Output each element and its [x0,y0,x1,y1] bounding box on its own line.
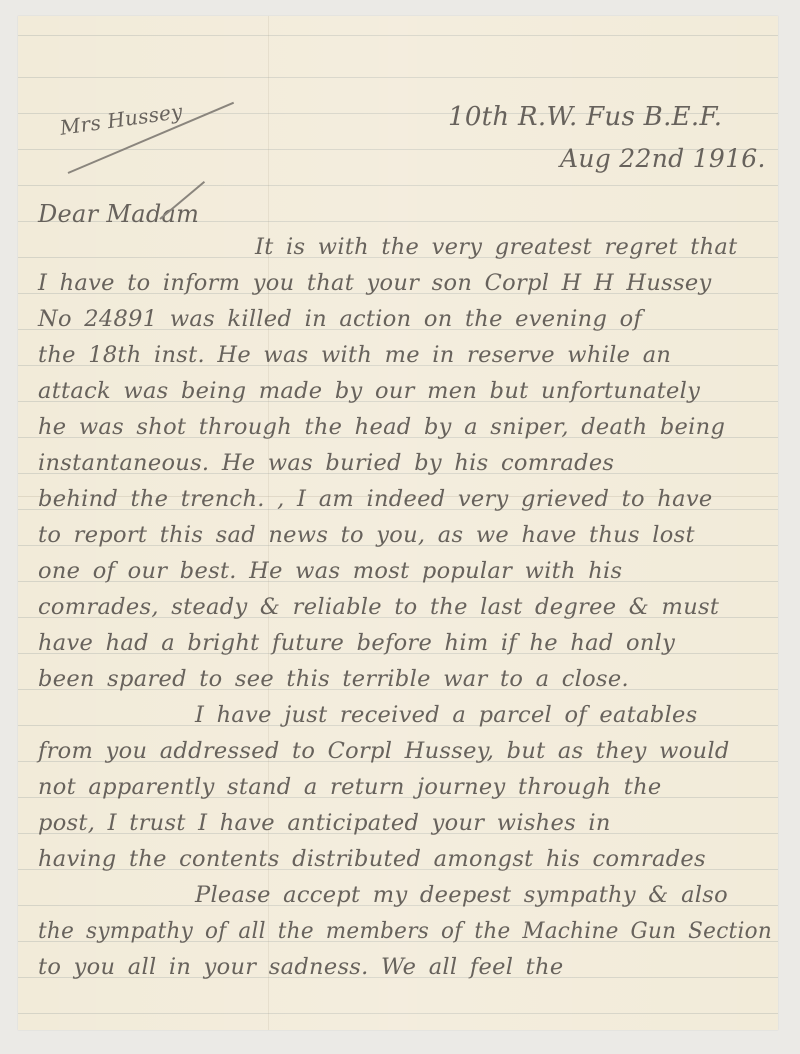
letter-line-18: having the contents distributed amongst … [38,848,706,871]
letter-unit-heading: 10th R.W. Fus B.E.F. [448,104,722,130]
letter-line-13: been spared to see this terrible war to … [38,668,629,691]
letter-line-16: not apparently stand a return journey th… [38,776,662,799]
letter-line-12: have had a bright future before him if h… [38,632,675,655]
letter-line-19: Please accept my deepest sympathy & also [195,884,728,907]
letter-line-5: attack was being made by our men but unf… [38,380,700,403]
letter-line-4: the 18th inst. He was with me in reserve… [38,344,671,367]
letter-line-2: I have to inform you that your son Corpl… [38,272,711,295]
letter-line-9: to report this sad news to you, as we ha… [38,524,695,547]
letter-line-8: behind the trench. , I am indeed very gr… [38,488,712,511]
letter-line-17: post, I trust I have anticipated your wi… [38,812,611,835]
letter-date: Aug 22nd 1916. [560,146,766,171]
letter-line-6: he was shot through the head by a sniper… [38,416,725,439]
letter-line-14: I have just received a parcel of eatable… [195,704,697,727]
letter-line-21: to you all in your sadness. We all feel … [38,956,563,979]
letter-line-7: instantaneous. He was buried by his comr… [38,452,614,475]
letter-line-1: It is with the very greatest regret that [255,236,737,259]
letter-line-10: one of our best. He was most popular wit… [38,560,622,583]
letter-line-11: comrades, steady & reliable to the last … [38,596,719,619]
letter-line-20: the sympathy of all the members of the M… [38,920,772,943]
letter-line-15: from you addressed to Corpl Hussey, but … [38,740,730,763]
letter-line-3: No 24891 was killed in action on the eve… [38,308,642,331]
